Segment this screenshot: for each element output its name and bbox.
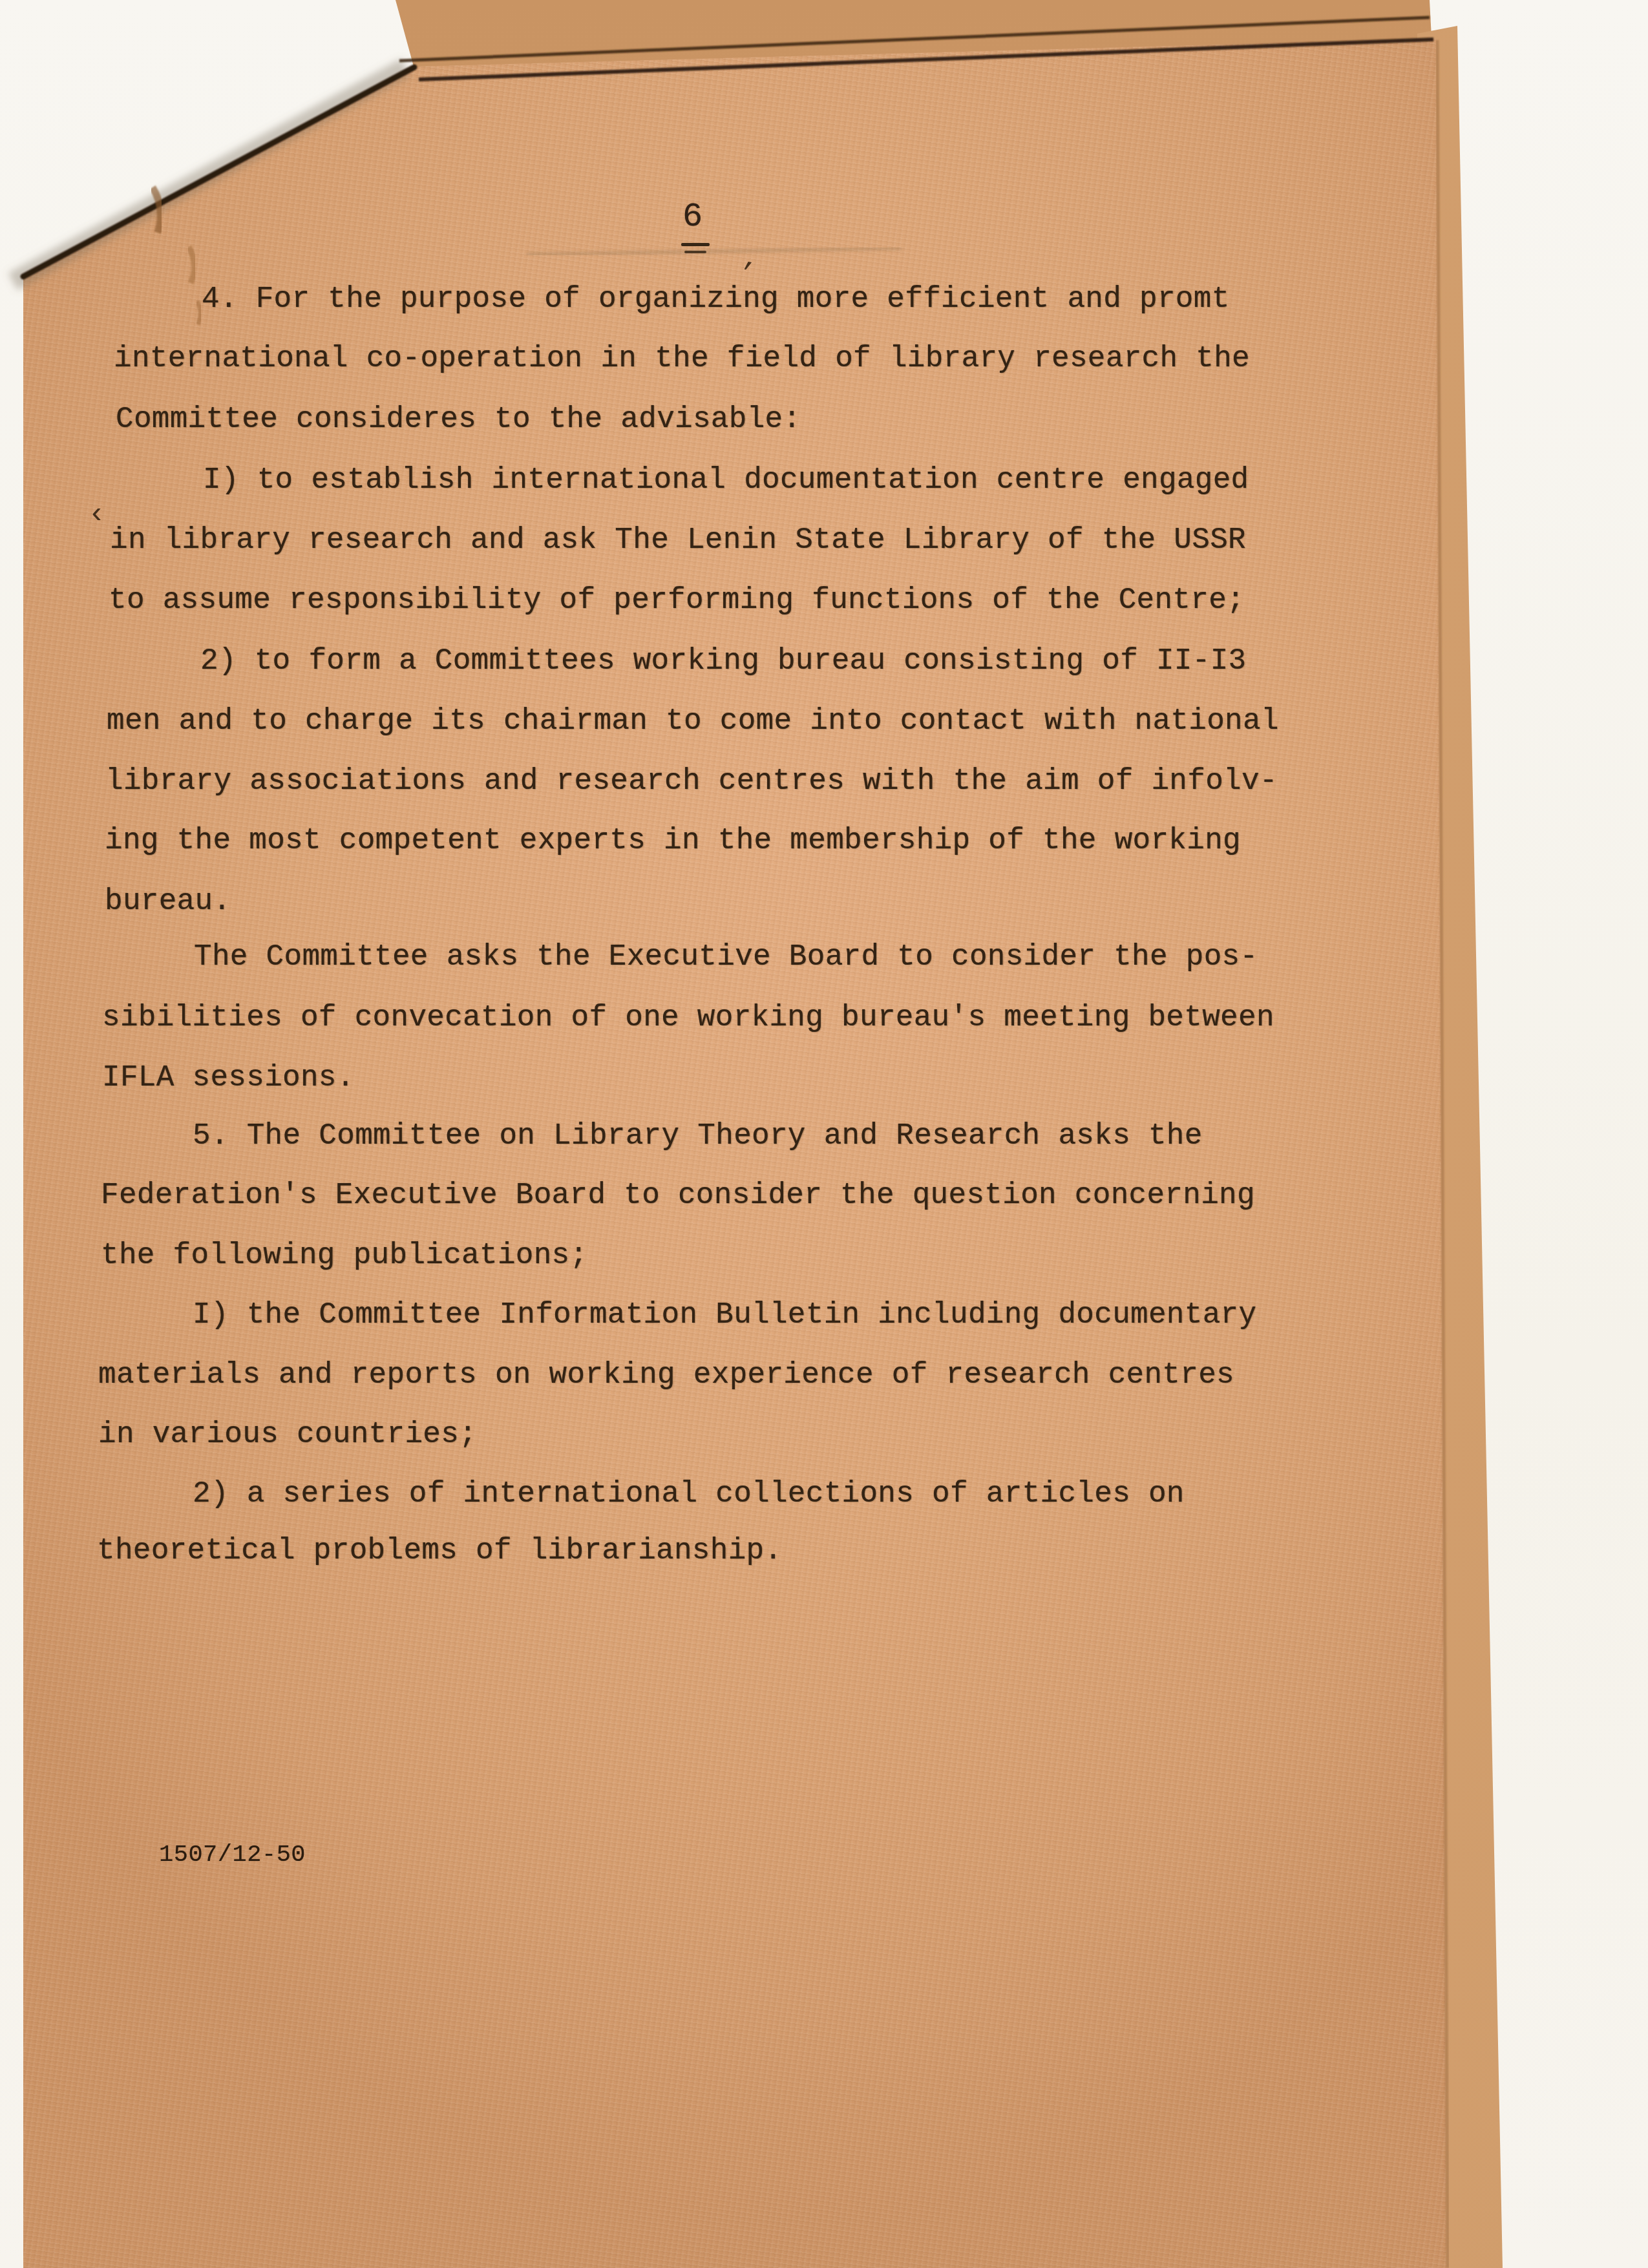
text-line: materials and reports on working experie… (98, 1360, 1234, 1390)
text-line: international co-operation in the field … (114, 344, 1250, 373)
document-reference-number: 1507/12-50 (159, 1842, 306, 1869)
stray-mark: ‹ (88, 498, 106, 531)
text-line: theoretical problems of librarianship. (97, 1536, 782, 1566)
page-number: 6 (682, 198, 703, 236)
text-line: 2) a series of international collections… (193, 1479, 1185, 1509)
text-line: library associations and research centre… (105, 766, 1278, 796)
text-line: Federation's Executive Board to consider… (101, 1181, 1255, 1210)
text-line: Committee consideres to the advisable: (116, 404, 801, 434)
typewritten-text: 6 4. For the purpose of organizing more … (0, 0, 1648, 2268)
text-line: ing the most competent experts in the me… (105, 826, 1241, 856)
page-number-underline (684, 251, 706, 253)
text-line: I) to establish international documentat… (203, 465, 1249, 495)
scanned-document-page: 6 4. For the purpose of organizing more … (0, 0, 1648, 2268)
text-line: The Committee asks the Executive Board t… (194, 942, 1258, 972)
text-line: 4. For the purpose of organizing more ef… (202, 284, 1230, 314)
page-number-underline (681, 243, 710, 246)
text-line: in library research and ask The Lenin St… (110, 525, 1246, 555)
text-line: to assume responsibility of performing f… (109, 585, 1245, 615)
text-line: men and to charge its chairman to come i… (107, 706, 1279, 736)
text-line: sibilities of convecation of one working… (102, 1003, 1274, 1033)
text-line: 2) to form a Committees working bureau c… (200, 646, 1246, 676)
text-line: in various countries; (98, 1420, 477, 1449)
text-line: IFLA sessions. (102, 1063, 355, 1093)
text-line: 5. The Committee on Library Theory and R… (193, 1121, 1203, 1151)
text-line: the following publications; (101, 1241, 587, 1270)
text-line: bureau. (105, 887, 231, 916)
text-line: I) the Committee Information Bulletin in… (193, 1300, 1256, 1330)
